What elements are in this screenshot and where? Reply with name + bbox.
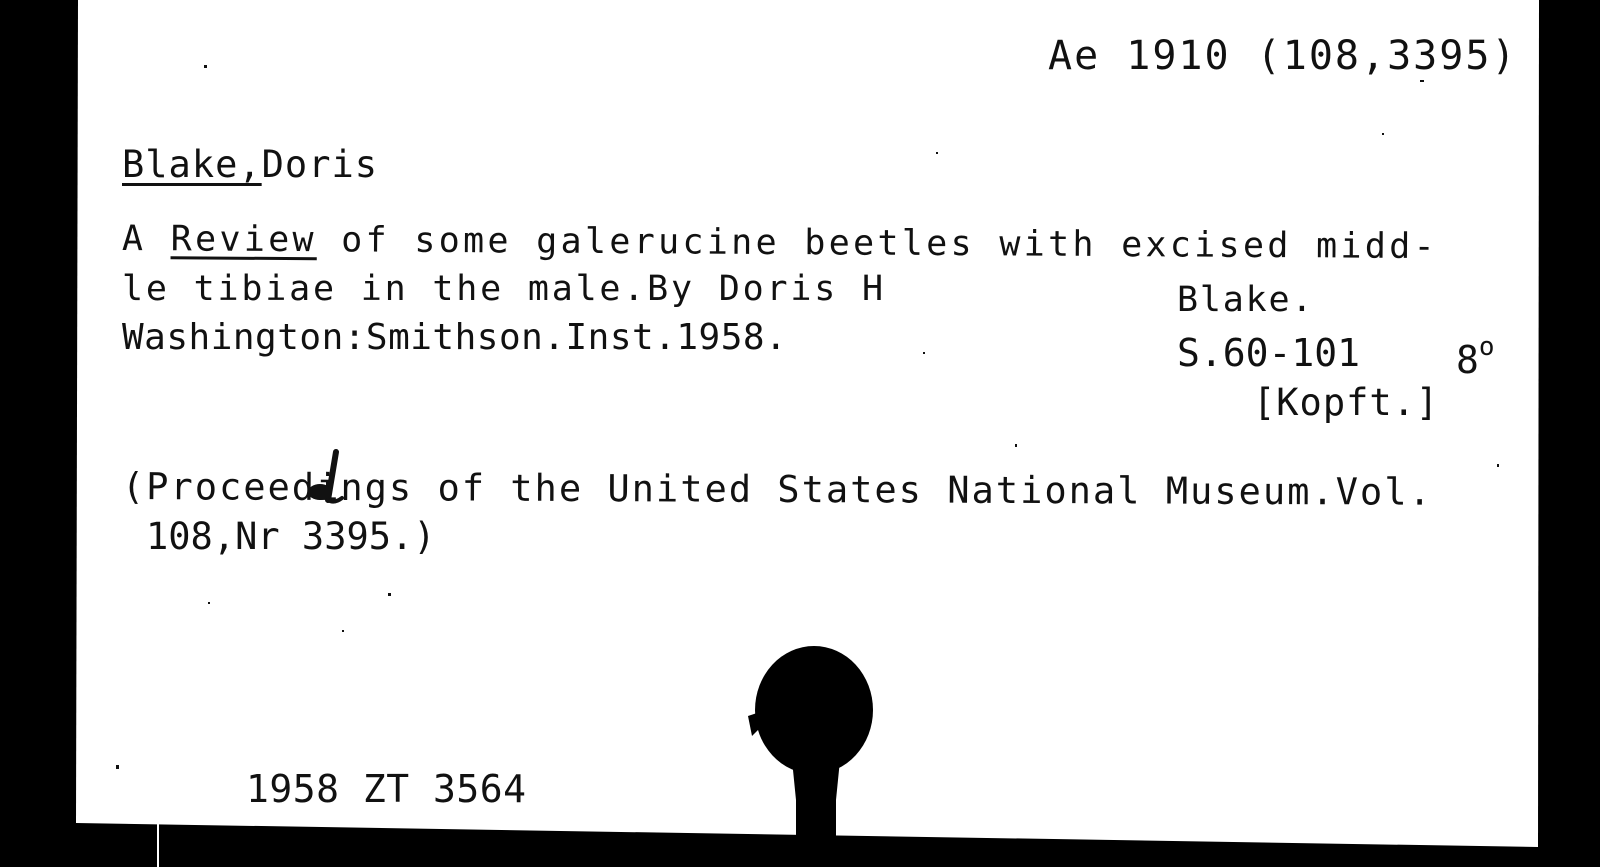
statement-continuation: Blake. — [1177, 283, 1314, 318]
format-superscript: o — [1479, 332, 1495, 362]
title-line-1: A Review of some galerucine beetles with… — [122, 222, 1438, 265]
catalog-card: Ae 1910 (108,3395) Blake,Doris A Review … — [0, 0, 1600, 867]
author-forename: Doris — [262, 143, 378, 186]
scan-speck — [1382, 133, 1384, 135]
scan-speck — [204, 65, 207, 68]
scan-speck — [388, 593, 391, 596]
title-rest: of some galerucine beetles with excised … — [317, 220, 1438, 267]
scan-speck — [1420, 80, 1424, 82]
illustration-note: [Kopft.] — [1253, 384, 1439, 421]
scan-artifact-line — [157, 823, 159, 867]
accession-number: 1958 ZT 3564 — [246, 770, 527, 808]
scan-speck — [1015, 444, 1017, 447]
author-heading: Blake,Doris — [122, 146, 378, 183]
format: 8o — [1456, 334, 1495, 379]
title-prefix: A — [122, 219, 171, 259]
format-value: 8 — [1456, 338, 1479, 382]
title-keyword: Review — [171, 219, 317, 260]
pagination: S.60-101 — [1177, 334, 1360, 372]
scanned-card-image: Ae 1910 (108,3395) Blake,Doris A Review … — [0, 0, 1600, 867]
title-line-2: le tibiae in the male.By Doris H — [122, 272, 886, 307]
author-surname: Blake, — [122, 143, 262, 186]
scan-speck — [923, 352, 925, 354]
handwritten-correction-d — [306, 448, 348, 508]
scan-speck — [342, 630, 344, 632]
scan-speck — [116, 765, 119, 769]
imprint: Washington:Smithson.Inst.1958. — [122, 320, 787, 356]
scan-speck — [936, 152, 938, 154]
scan-speck — [208, 602, 210, 604]
scan-speck — [1497, 464, 1499, 467]
call-number: Ae 1910 (108,3395) — [1048, 36, 1517, 76]
series-note-line-2: 108,Nr 3395.) — [146, 518, 436, 555]
